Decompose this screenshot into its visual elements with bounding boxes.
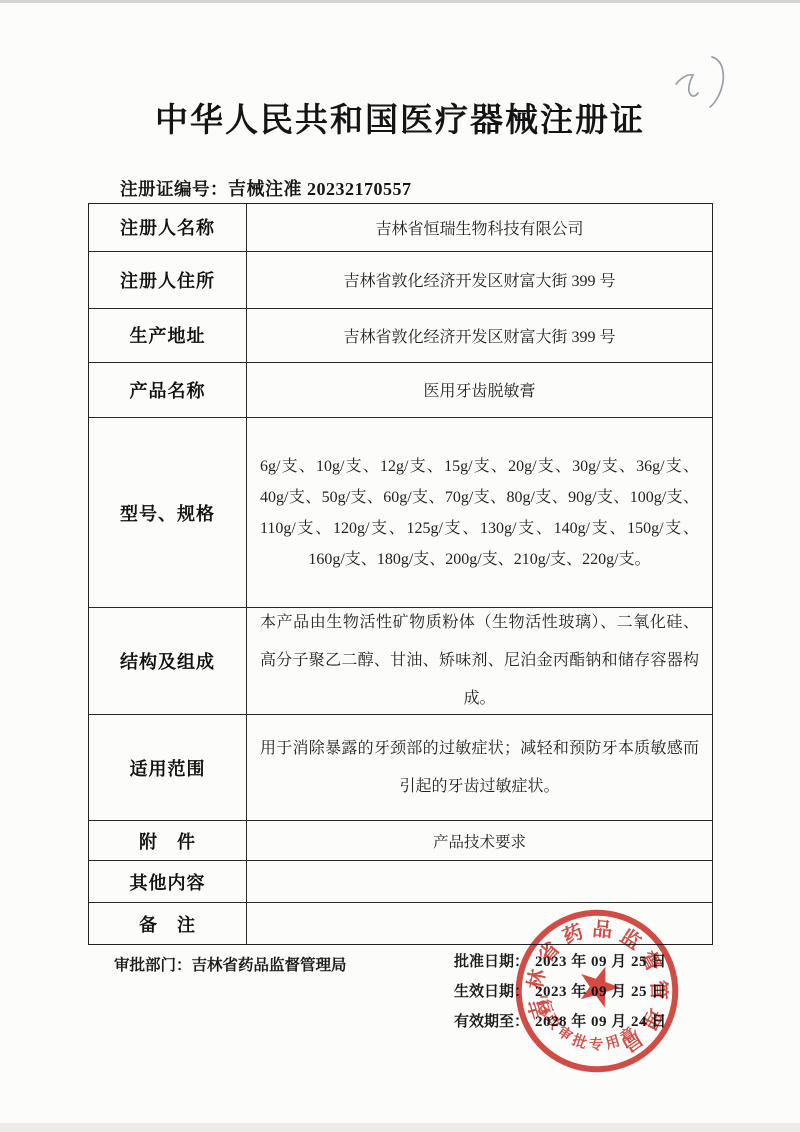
svg-text:品: 品 bbox=[592, 918, 614, 942]
cert-number-value: 吉械注准 20232170557 bbox=[228, 179, 412, 199]
row-label: 结构及组成 bbox=[89, 608, 247, 714]
certificate-page: 中华人民共和国医疗器械注册证 注册证编号：吉械注准 20232170557 注册… bbox=[0, 0, 800, 1132]
row-label: 注册人住所 bbox=[89, 252, 247, 308]
table-row-registrant-address: 注册人住所 吉林省敦化经济开发区财富大街 399 号 bbox=[89, 252, 712, 309]
svg-text:专: 专 bbox=[589, 1036, 603, 1053]
row-value bbox=[247, 861, 712, 902]
table-row-other-content: 其他内容 bbox=[89, 861, 712, 903]
star-icon bbox=[573, 960, 624, 1010]
table-row-structure-composition: 结构及组成 本产品由生物活性矿物质粉体（生物活性玻璃）、二氧化硅、高分子聚乙二醇… bbox=[89, 608, 712, 715]
row-value: 产品技术要求 bbox=[247, 821, 712, 860]
approval-department-label: 审批部门： bbox=[114, 957, 192, 974]
row-label: 适用范围 bbox=[89, 715, 247, 821]
registration-table: 注册人名称 吉林省恒瑞生物科技有限公司 注册人住所 吉林省敦化经济开发区财富大街… bbox=[88, 203, 713, 945]
row-label: 型号、规格 bbox=[89, 418, 247, 606]
table-row-attachment: 附 件 产品技术要求 bbox=[89, 821, 712, 861]
row-value: 医用牙齿脱敏膏 bbox=[247, 363, 712, 418]
row-label: 备 注 bbox=[89, 903, 247, 944]
handwritten-mark bbox=[660, 42, 750, 122]
stamp-bottom-text: 行 政 审 批 专 用 章 bbox=[525, 993, 642, 1068]
table-row-scope-of-application: 适用范围 用于消除暴露的牙颈部的过敏症状；减轻和预防牙本质敏感而引起的牙齿过敏症… bbox=[89, 715, 712, 822]
row-value: 吉林省敦化经济开发区财富大街 399 号 bbox=[247, 252, 712, 308]
row-value: 吉林省恒瑞生物科技有限公司 bbox=[247, 204, 712, 251]
table-row-registrant-name: 注册人名称 吉林省恒瑞生物科技有限公司 bbox=[89, 204, 712, 252]
row-value-text: 本产品由生物活性矿物质粉体（生物活性玻璃）、二氧化硅、高分子聚乙二醇、甘油、矫味… bbox=[260, 604, 699, 718]
row-value: 6g/支、10g/支、12g/支、15g/支、20g/支、30g/支、36g/支… bbox=[247, 418, 712, 606]
row-label: 其他内容 bbox=[89, 861, 247, 902]
row-value: 用于消除暴露的牙颈部的过敏症状；减轻和预防牙本质敏感而引起的牙齿过敏症状。 bbox=[247, 715, 712, 821]
approval-department: 审批部门：吉林省药品监督管理局 bbox=[114, 953, 347, 975]
table-row-production-address: 生产地址 吉林省敦化经济开发区财富大街 399 号 bbox=[89, 309, 712, 363]
cert-number: 注册证编号：吉械注准 20232170557 bbox=[120, 175, 412, 201]
paper-edge-bottom bbox=[0, 1123, 800, 1132]
row-label: 产品名称 bbox=[89, 363, 247, 418]
svg-text:药: 药 bbox=[559, 920, 586, 949]
approval-department-value: 吉林省药品监督管理局 bbox=[192, 957, 347, 974]
cert-number-label: 注册证编号： bbox=[120, 179, 228, 199]
svg-text:管: 管 bbox=[647, 980, 670, 1000]
row-label: 附 件 bbox=[89, 821, 247, 860]
table-row-product-name: 产品名称 医用牙齿脱敏膏 bbox=[89, 363, 712, 419]
row-value: 吉林省敦化经济开发区财富大街 399 号 bbox=[247, 309, 712, 362]
table-row-model-spec: 型号、规格 6g/支、10g/支、12g/支、15g/支、20g/支、30g/支… bbox=[89, 418, 712, 607]
svg-text:理: 理 bbox=[637, 1005, 666, 1033]
row-label: 注册人名称 bbox=[89, 204, 247, 251]
svg-text:林: 林 bbox=[523, 967, 549, 991]
row-value-text: 用于消除暴露的牙颈部的过敏症状；减轻和预防牙本质敏感而引起的牙齿过敏症状。 bbox=[260, 730, 699, 806]
row-value-text: 6g/支、10g/支、12g/支、15g/支、20g/支、30g/支、36g/支… bbox=[260, 451, 699, 575]
paper-edge-top bbox=[0, 0, 800, 3]
row-label: 生产地址 bbox=[89, 309, 247, 362]
row-value: 本产品由生物活性矿物质粉体（生物活性玻璃）、二氧化硅、高分子聚乙二醇、甘油、矫味… bbox=[247, 608, 712, 714]
